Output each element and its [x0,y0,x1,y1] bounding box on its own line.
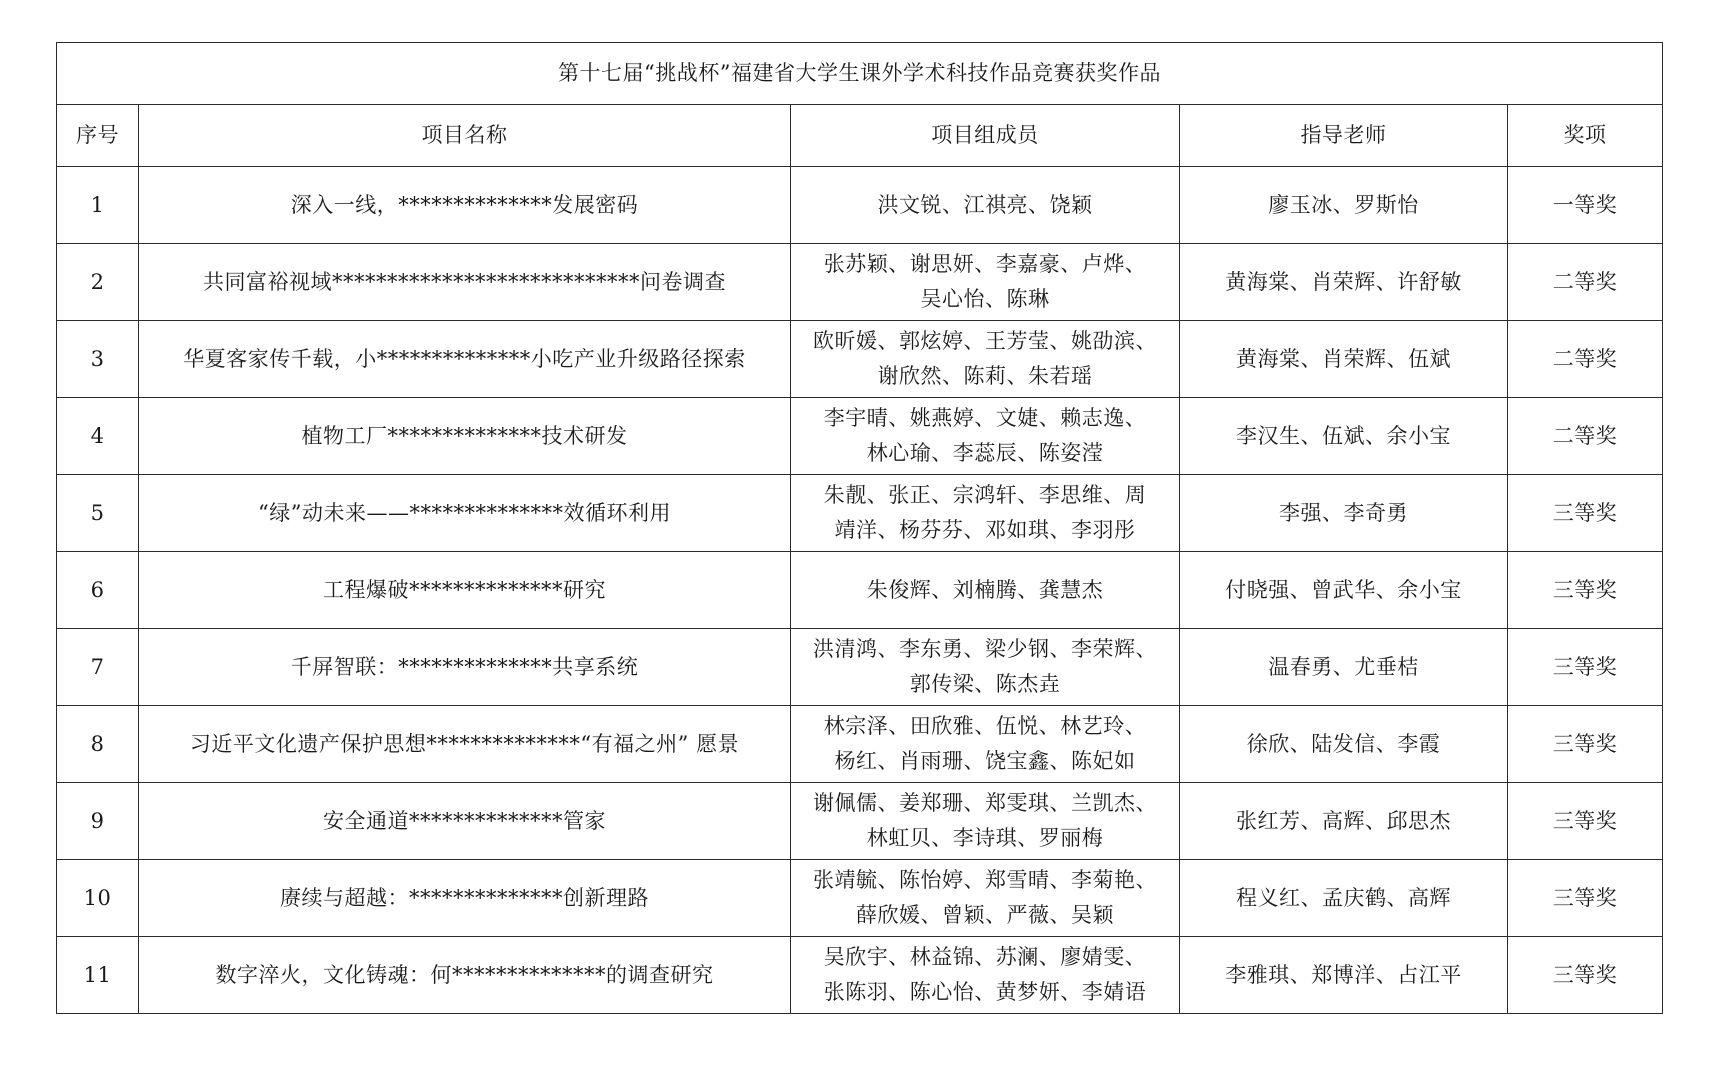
table-title: 第十七届“挑战杯”福建省大学生课外学术科技作品竞赛获奖作品 [57,43,1663,105]
row-members: 朱俊辉、刘楠腾、龚慧杰 [791,552,1180,629]
table-row: 9 安全通道**************管家 谢佩儒、姜郑珊、郑雯琪、兰凯杰、林… [57,783,1663,860]
row-advisors: 程义红、孟庆鹤、高辉 [1180,860,1508,937]
row-project-name: 深入一线，**************发展密码 [139,167,791,244]
row-project-name: 共同富裕视域****************************问卷调查 [139,244,791,321]
row-members: 李宇晴、姚燕婷、文婕、赖志逸、林心瑜、李蕊辰、陈姿滢 [791,398,1180,475]
table-row: 8 习近平文化遗产保护思想**************“有福之州” 愿景 林宗泽… [57,706,1663,783]
row-seq: 4 [57,398,139,475]
member-line: 洪清鸿、李东勇、梁少钢、李荣辉、 [797,632,1173,667]
member-line: 朱俊辉、刘楠腾、龚慧杰 [797,573,1173,608]
table-row: 3 华夏客家传千载，小**************小吃产业升级路径探索 欧昕媛、… [57,321,1663,398]
row-members: 张苏颖、谢思妍、李嘉豪、卢烨、吴心怡、陈琳 [791,244,1180,321]
row-award: 三等奖 [1508,860,1663,937]
row-advisors: 李汉生、伍斌、余小宝 [1180,398,1508,475]
row-members: 朱靓、张正、宗鸿轩、李思维、周靖洋、杨芬芬、邓如琪、李羽彤 [791,475,1180,552]
table-row: 10 赓续与超越：**************创新理路 张靖毓、陈怡婷、郑雪晴、… [57,860,1663,937]
row-award: 三等奖 [1508,475,1663,552]
row-members: 林宗泽、田欣雅、伍悦、林艺玲、杨红、肖雨珊、饶宝鑫、陈妃如 [791,706,1180,783]
column-header-advisors: 指导老师 [1180,105,1508,167]
row-members: 谢佩儒、姜郑珊、郑雯琪、兰凯杰、林虹贝、李诗琪、罗丽梅 [791,783,1180,860]
row-members: 欧昕媛、郭炫婷、王芳莹、姚劭滨、谢欣然、陈莉、朱若瑶 [791,321,1180,398]
row-award: 三等奖 [1508,937,1663,1014]
table-body: 1 深入一线，**************发展密码 洪文锐、江祺亮、饶颖 廖玉冰… [57,167,1663,1014]
row-seq: 1 [57,167,139,244]
member-line: 欧昕媛、郭炫婷、王芳莹、姚劭滨、 [797,324,1173,359]
column-header-members: 项目组成员 [791,105,1180,167]
row-seq: 2 [57,244,139,321]
award-table: 第十七届“挑战杯”福建省大学生课外学术科技作品竞赛获奖作品 序号 项目名称 项目… [56,42,1663,1014]
row-members: 吴欣宇、林益锦、苏澜、廖婧雯、张陈羽、陈心怡、黄梦妍、李婧语 [791,937,1180,1014]
row-advisors: 徐欣、陆发信、李霞 [1180,706,1508,783]
table-row: 6 工程爆破**************研究 朱俊辉、刘楠腾、龚慧杰 付晓强、曾… [57,552,1663,629]
row-seq: 11 [57,937,139,1014]
member-line: 李宇晴、姚燕婷、文婕、赖志逸、 [797,401,1173,436]
row-seq: 10 [57,860,139,937]
table-row: 1 深入一线，**************发展密码 洪文锐、江祺亮、饶颖 廖玉冰… [57,167,1663,244]
row-project-name: 习近平文化遗产保护思想**************“有福之州” 愿景 [139,706,791,783]
row-advisors: 黄海棠、肖荣辉、许舒敏 [1180,244,1508,321]
table-row: 11 数字淬火，文化铸魂：何**************的调查研究 吴欣宇、林益… [57,937,1663,1014]
column-header-project-name: 项目名称 [139,105,791,167]
row-members: 洪清鸿、李东勇、梁少钢、李荣辉、郭传梁、陈杰垚 [791,629,1180,706]
member-line: 张苏颖、谢思妍、李嘉豪、卢烨、 [797,247,1173,282]
member-line: 张靖毓、陈怡婷、郑雪晴、李菊艳、 [797,863,1173,898]
member-line: 吴欣宇、林益锦、苏澜、廖婧雯、 [797,940,1173,975]
row-advisors: 付晓强、曾武华、余小宝 [1180,552,1508,629]
row-award: 二等奖 [1508,244,1663,321]
row-seq: 9 [57,783,139,860]
member-line: 洪文锐、江祺亮、饶颖 [797,188,1173,223]
member-line: 张陈羽、陈心怡、黄梦妍、李婧语 [797,975,1173,1010]
row-award: 二等奖 [1508,398,1663,475]
row-award: 三等奖 [1508,706,1663,783]
row-advisors: 李雅琪、郑博洋、占江平 [1180,937,1508,1014]
row-project-name: 千屏智联：**************共享系统 [139,629,791,706]
row-advisors: 张红芳、高辉、邱思杰 [1180,783,1508,860]
row-seq: 6 [57,552,139,629]
member-line: 谢欣然、陈莉、朱若瑶 [797,359,1173,394]
member-line: 薛欣媛、曾颖、严薇、吴颖 [797,898,1173,933]
member-line: 吴心怡、陈琳 [797,282,1173,317]
row-seq: 7 [57,629,139,706]
row-seq: 8 [57,706,139,783]
row-project-name: “绿”动未来——**************效循环利用 [139,475,791,552]
row-award: 二等奖 [1508,321,1663,398]
row-advisors: 李强、李奇勇 [1180,475,1508,552]
row-advisors: 廖玉冰、罗斯怡 [1180,167,1508,244]
row-advisors: 黄海棠、肖荣辉、伍斌 [1180,321,1508,398]
column-header-seq: 序号 [57,105,139,167]
member-line: 林虹贝、李诗琪、罗丽梅 [797,821,1173,856]
table-row: 4 植物工厂**************技术研发 李宇晴、姚燕婷、文婕、赖志逸、… [57,398,1663,475]
row-members: 洪文锐、江祺亮、饶颖 [791,167,1180,244]
row-project-name: 赓续与超越：**************创新理路 [139,860,791,937]
member-line: 靖洋、杨芬芬、邓如琪、李羽彤 [797,513,1173,548]
row-project-name: 植物工厂**************技术研发 [139,398,791,475]
table-row: 5 “绿”动未来——**************效循环利用 朱靓、张正、宗鸿轩、… [57,475,1663,552]
row-award: 三等奖 [1508,629,1663,706]
column-header-award: 奖项 [1508,105,1663,167]
row-award: 一等奖 [1508,167,1663,244]
table-row: 7 千屏智联：**************共享系统 洪清鸿、李东勇、梁少钢、李荣… [57,629,1663,706]
row-award: 三等奖 [1508,552,1663,629]
row-project-name: 华夏客家传千载，小**************小吃产业升级路径探索 [139,321,791,398]
row-seq: 3 [57,321,139,398]
row-members: 张靖毓、陈怡婷、郑雪晴、李菊艳、薛欣媛、曾颖、严薇、吴颖 [791,860,1180,937]
member-line: 郭传梁、陈杰垚 [797,667,1173,702]
table-title-row: 第十七届“挑战杯”福建省大学生课外学术科技作品竞赛获奖作品 [57,43,1663,105]
member-line: 朱靓、张正、宗鸿轩、李思维、周 [797,478,1173,513]
member-line: 杨红、肖雨珊、饶宝鑫、陈妃如 [797,744,1173,779]
row-project-name: 安全通道**************管家 [139,783,791,860]
row-seq: 5 [57,475,139,552]
member-line: 谢佩儒、姜郑珊、郑雯琪、兰凯杰、 [797,786,1173,821]
table-row: 2 共同富裕视域****************************问卷调查… [57,244,1663,321]
member-line: 林宗泽、田欣雅、伍悦、林艺玲、 [797,709,1173,744]
column-header-row: 序号 项目名称 项目组成员 指导老师 奖项 [57,105,1663,167]
row-project-name: 工程爆破**************研究 [139,552,791,629]
row-award: 三等奖 [1508,783,1663,860]
row-project-name: 数字淬火，文化铸魂：何**************的调查研究 [139,937,791,1014]
row-advisors: 温春勇、尤垂桔 [1180,629,1508,706]
member-line: 林心瑜、李蕊辰、陈姿滢 [797,436,1173,471]
